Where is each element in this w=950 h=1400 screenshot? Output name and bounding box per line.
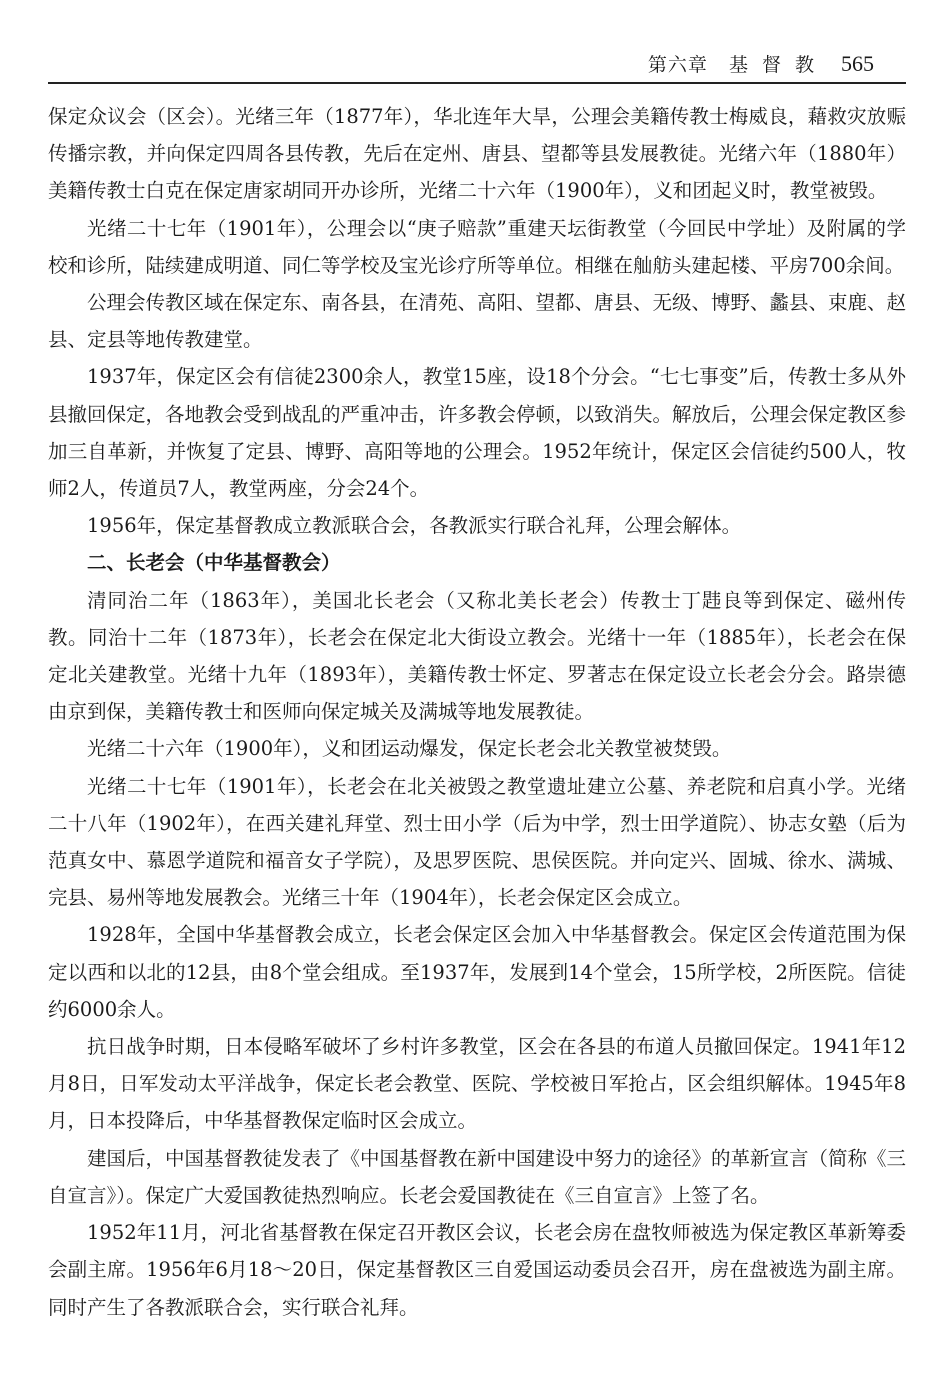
paragraph: 1952年11月，河北省基督教在保定召开教区会议，长老会房在盘牧师被选为保定教区… <box>48 1214 906 1326</box>
paragraph: 光绪二十七年（1901年），公理会以“庚子赔款”重建天坛街教堂（今回民中学址）及… <box>48 210 906 284</box>
paragraph: 1937年，保定区会有信徒2300余人，教堂15座，设18个分会。“七七事变”后… <box>48 358 906 507</box>
paragraph-continuation: 保定众议会（区会）。光绪三年（1877年），华北连年大旱，公理会美籍传教士梅威良… <box>48 98 906 210</box>
paragraph: 抗日战争时期，日本侵略军破坏了乡村许多教堂，区会在各县的布道人员撤回保定。194… <box>48 1028 906 1140</box>
paragraph: 光绪二十六年（1900年），义和团运动爆发，保定长老会北关教堂被焚毁。 <box>48 730 906 767</box>
page-number: 565 <box>841 51 874 76</box>
page-header: 第六章 基督教 565 <box>48 44 906 84</box>
chapter-label: 第六章 <box>648 54 708 76</box>
paragraph: 1956年，保定基督教成立教派联合会，各教派实行联合礼拜，公理会解体。 <box>48 507 906 544</box>
running-head: 第六章 基督教 565 <box>648 50 874 77</box>
paragraph: 1928年，全国中华基督教会成立，长老会保定区会加入中华基督教会。保定区会传道范… <box>48 916 906 1028</box>
paragraph: 公理会传教区域在保定东、南各县，在清苑、高阳、望都、唐县、无级、博野、蠡县、束鹿… <box>48 284 906 358</box>
section-title: 基督教 <box>729 54 828 76</box>
paragraph: 清同治二年（1863年），美国北长老会（又称北美长老会）传教士丁韪良等到保定、磁… <box>48 582 906 731</box>
paragraph: 建国后，中国基督教徒发表了《中国基督教在新中国建设中努力的途径》的革新宣言（简称… <box>48 1140 906 1214</box>
paragraph: 光绪二十七年（1901年），长老会在北关被毁之教堂遗址建立公墓、养老院和启真小学… <box>48 768 906 917</box>
section-heading: 二、长老会（中华基督教会） <box>48 544 906 581</box>
body-text: 保定众议会（区会）。光绪三年（1877年），华北连年大旱，公理会美籍传教士梅威良… <box>48 98 906 1326</box>
